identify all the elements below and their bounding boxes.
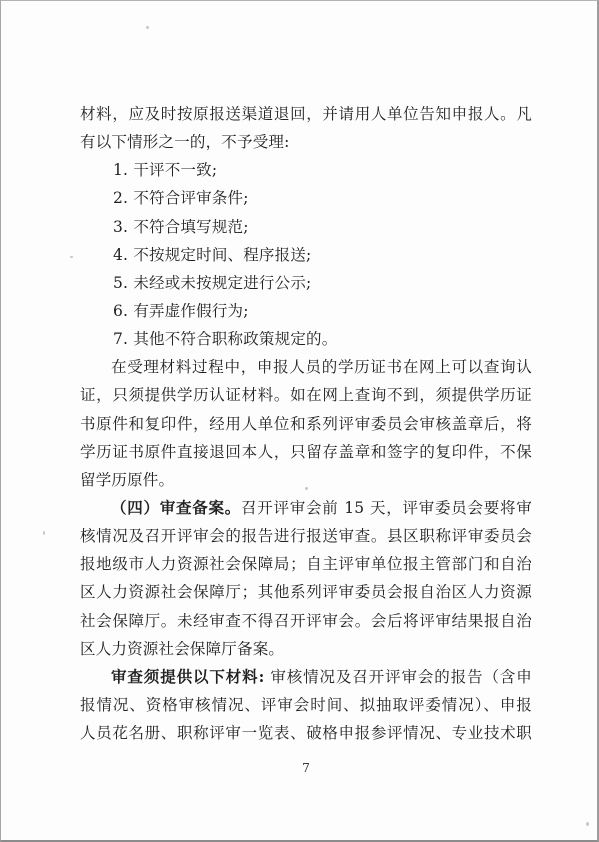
scan-speck — [146, 26, 149, 29]
text-line: 报情况、资格审核情况、评审会时间、拟抽取评委情况）、申报 — [80, 691, 532, 719]
document-body: 材料，应及时按原报送渠道退回，并请用人单位告知申报人。凡 有以下情形之一的，不予… — [80, 100, 532, 747]
document-page: 材料，应及时按原报送渠道退回，并请用人单位告知申报人。凡 有以下情形之一的，不予… — [0, 0, 599, 842]
list-item: 4. 不按规定时间、程序报送; — [80, 241, 532, 269]
materials-heading: 审查须提供以下材料: — [111, 667, 265, 686]
list-item: 7. 其他不符合职称政策规定的。 — [80, 325, 532, 353]
text-line: 学历证书原件直接退回本人，只留存盖章和签字的复印件，不保 — [80, 438, 532, 466]
scan-speck — [586, 822, 589, 826]
text-line: 审查须提供以下材料: 审核情况及召开评审会的报告（含申 — [80, 663, 532, 691]
list-item: 1. 干评不一致; — [80, 156, 532, 184]
section-heading: （四）审查备案。 — [111, 498, 241, 517]
text-line: 核情况及召开评审会的报告进行报送审查。县区职称评审委员会 — [80, 522, 532, 550]
list-item: 3. 不符合填写规范; — [80, 213, 532, 241]
text-line: 人员花名册、职称评审一览表、破格申报参评情况、专业技术职 — [80, 719, 532, 747]
text-line: 有以下情形之一的，不予受理: — [80, 128, 532, 156]
scan-speck — [305, 487, 308, 490]
list-item: 6. 有弄虚作假行为; — [80, 297, 532, 325]
scan-speck — [43, 531, 45, 535]
text-line: 书原件和复印件，经用人单位和系列评审委员会审核盖章后，将 — [80, 410, 532, 438]
list-item: 2. 不符合评审条件; — [80, 184, 532, 212]
text-line: 报地级市人力资源社会保障局；自主评审单位报主管部门和自治 — [80, 550, 532, 578]
text-line: 区人力资源社会保障厅；其他系列评审委员会报自治区人力资源 — [80, 578, 532, 606]
text-line: 材料，应及时按原报送渠道退回，并请用人单位告知申报人。凡 — [80, 100, 532, 128]
text-line: 证，只须提供学历认证材料。如在网上查询不到，须提供学历证 — [80, 381, 532, 409]
text-segment: 审核情况及召开评审会的报告（含申 — [265, 668, 532, 686]
text-line: 在受理材料过程中，申报人员的学历证书在网上可以查询认 — [80, 353, 532, 381]
text-line: 社会保障厅。未经审查不得召开评审会。会后将评审结果报自治 — [80, 607, 532, 635]
page-number: 7 — [80, 758, 532, 778]
scan-speck — [70, 256, 73, 258]
text-segment: 召开评审会前 15 天，评审委员会要将审 — [241, 499, 532, 517]
list-item: 5. 未经或未按规定进行公示; — [80, 269, 532, 297]
text-line: 区人力资源社会保障厅备案。 — [80, 635, 532, 663]
text-line: （四）审查备案。召开评审会前 15 天，评审委员会要将审 — [80, 494, 532, 522]
